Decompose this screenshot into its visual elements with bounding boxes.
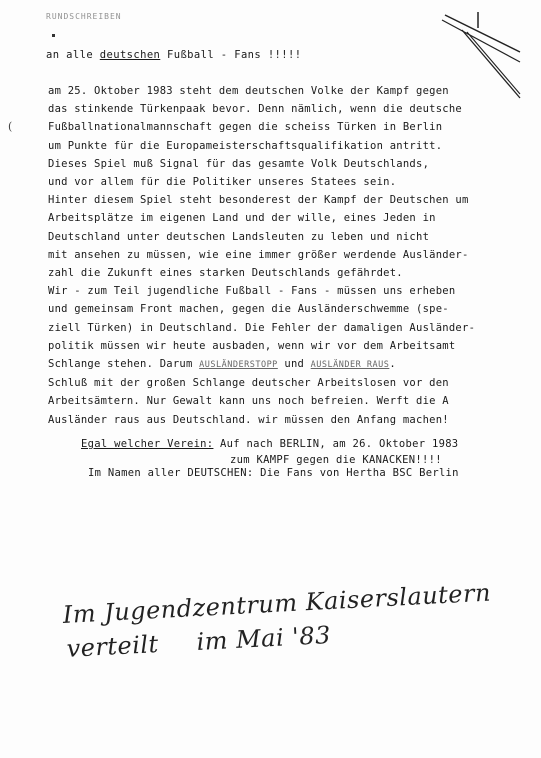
body-line: um Punkte für die Europameisterschaftsqu… — [48, 137, 518, 155]
slogan-joiner: und — [278, 358, 311, 370]
archival-note-date: im Mai '83 — [196, 621, 332, 656]
body-line: Fußballnationalmannschaft gegen die sche… — [48, 118, 518, 136]
call-text: Auf nach BERLIN, am 26. Oktober 1983 — [213, 438, 458, 450]
document-header: RUNDSCHREIBEN — [46, 12, 122, 21]
body-line: mit ansehen zu müssen, wie eine immer gr… — [48, 246, 518, 264]
call-line-2: zum KAMPF gegen die KANACKEN!!!! — [230, 454, 442, 466]
salutation-line: an alle deutschen Fußball - Fans !!!!! — [46, 49, 301, 61]
body-text: am 25. Oktober 1983 steht dem deutschen … — [48, 82, 518, 429]
body-line: am 25. Oktober 1983 steht dem deutschen … — [48, 82, 518, 100]
closing-line: Arbeitsämtern. Nur Gewalt kann uns noch … — [48, 392, 518, 410]
salutation-underlined: deutschen — [100, 49, 161, 61]
body-line: Schlange stehen. Darum — [48, 358, 199, 370]
body-line: Wir - zum Teil jugendliche Fußball - Fan… — [48, 282, 518, 300]
body-line-with-slogans: Schlange stehen. Darum AUSLÄNDERSTOPP un… — [48, 355, 518, 374]
body-line: Deutschland unter deutschen Landsleuten … — [48, 228, 518, 246]
archival-note-verteilt: verteilt — [66, 630, 159, 663]
salutation-prefix: an alle — [46, 49, 100, 61]
closing-line: Schluß mit der großen Schlange deutscher… — [48, 374, 518, 392]
slogan-1: AUSLÄNDERSTOPP — [199, 360, 278, 370]
body-line: Dieses Spiel muß Signal für das gesamte … — [48, 155, 518, 173]
scanned-document-page: RUNDSCHREIBEN an alle deutschen Fußball … — [0, 0, 541, 758]
signature-line: Im Namen aller DEUTSCHEN: Die Fans von H… — [88, 467, 459, 479]
margin-mark: ( — [8, 120, 12, 133]
slogan-end: . — [389, 358, 396, 370]
call-underlined: Egal welcher Verein: — [81, 438, 213, 450]
body-line: Arbeitsplätze im eigenen Land und der wi… — [48, 209, 518, 227]
closing-line: Ausländer raus aus Deutschland. wir müss… — [48, 411, 518, 429]
body-line: zahl die Zukunft eines starken Deutschla… — [48, 264, 518, 282]
body-line: ziell Türken) in Deutschland. Die Fehler… — [48, 319, 518, 337]
body-line: und vor allem für die Politiker unseres … — [48, 173, 518, 191]
body-line: und gemeinsam Front machen, gegen die Au… — [48, 300, 518, 318]
bullet-dot — [52, 34, 55, 37]
slogan-2: AUSLÄNDER RAUS — [311, 360, 390, 370]
salutation-suffix: Fußball - Fans !!!!! — [160, 49, 301, 61]
body-line: das stinkende Türkenpaak bevor. Denn näm… — [48, 100, 518, 118]
body-line: Hinter diesem Spiel steht besonderest de… — [48, 191, 518, 209]
call-line: Egal welcher Verein: Auf nach BERLIN, am… — [81, 436, 458, 452]
body-line: politik müssen wir heute ausbaden, wenn … — [48, 337, 518, 355]
